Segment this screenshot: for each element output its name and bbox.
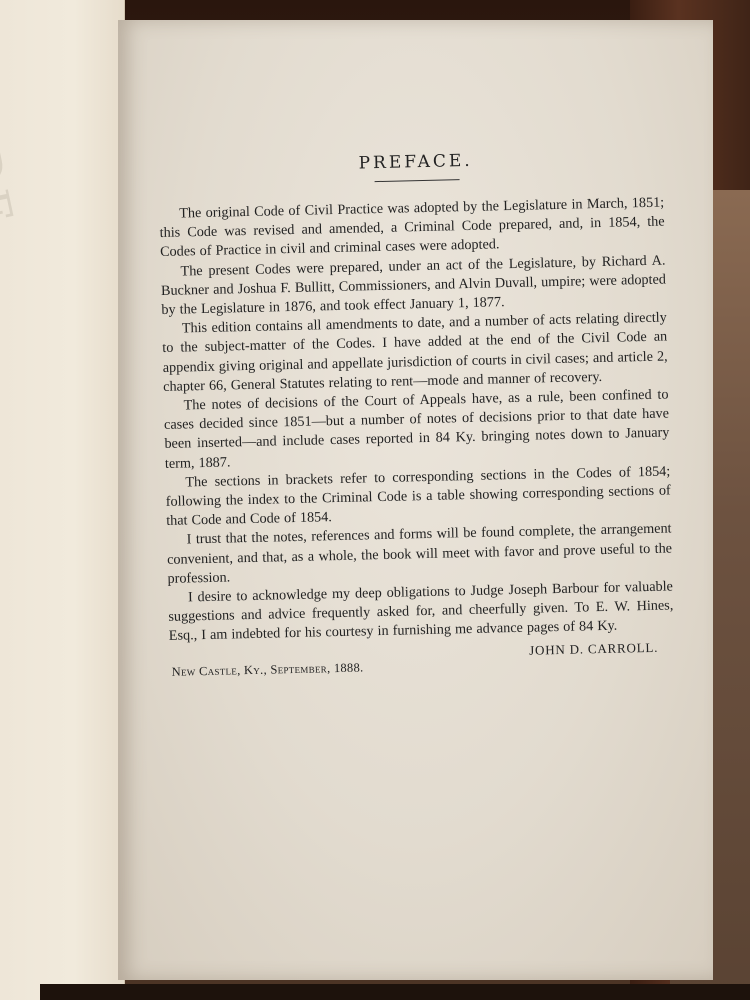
title-rule <box>375 179 460 182</box>
paragraph-3: This edition contains all amendments to … <box>162 309 669 397</box>
book-cover-edge <box>40 984 750 1000</box>
book-photo: CODE PREFACE. The original Code of Civil… <box>0 0 750 1000</box>
author-signature: JOHN D. CARROLL. <box>529 639 658 658</box>
facing-page-bleed-title: CODE <box>0 60 25 235</box>
facing-page: CODE <box>0 0 125 1000</box>
paragraph-4: The notes of decisions of the Court of A… <box>163 386 670 474</box>
paragraph-7: I desire to acknowledge my deep obligati… <box>168 577 674 646</box>
place-date: New Castle, Ky., September, 1888. <box>171 660 363 679</box>
preface-text: PREFACE. The original Code of Civil Prac… <box>158 147 675 681</box>
